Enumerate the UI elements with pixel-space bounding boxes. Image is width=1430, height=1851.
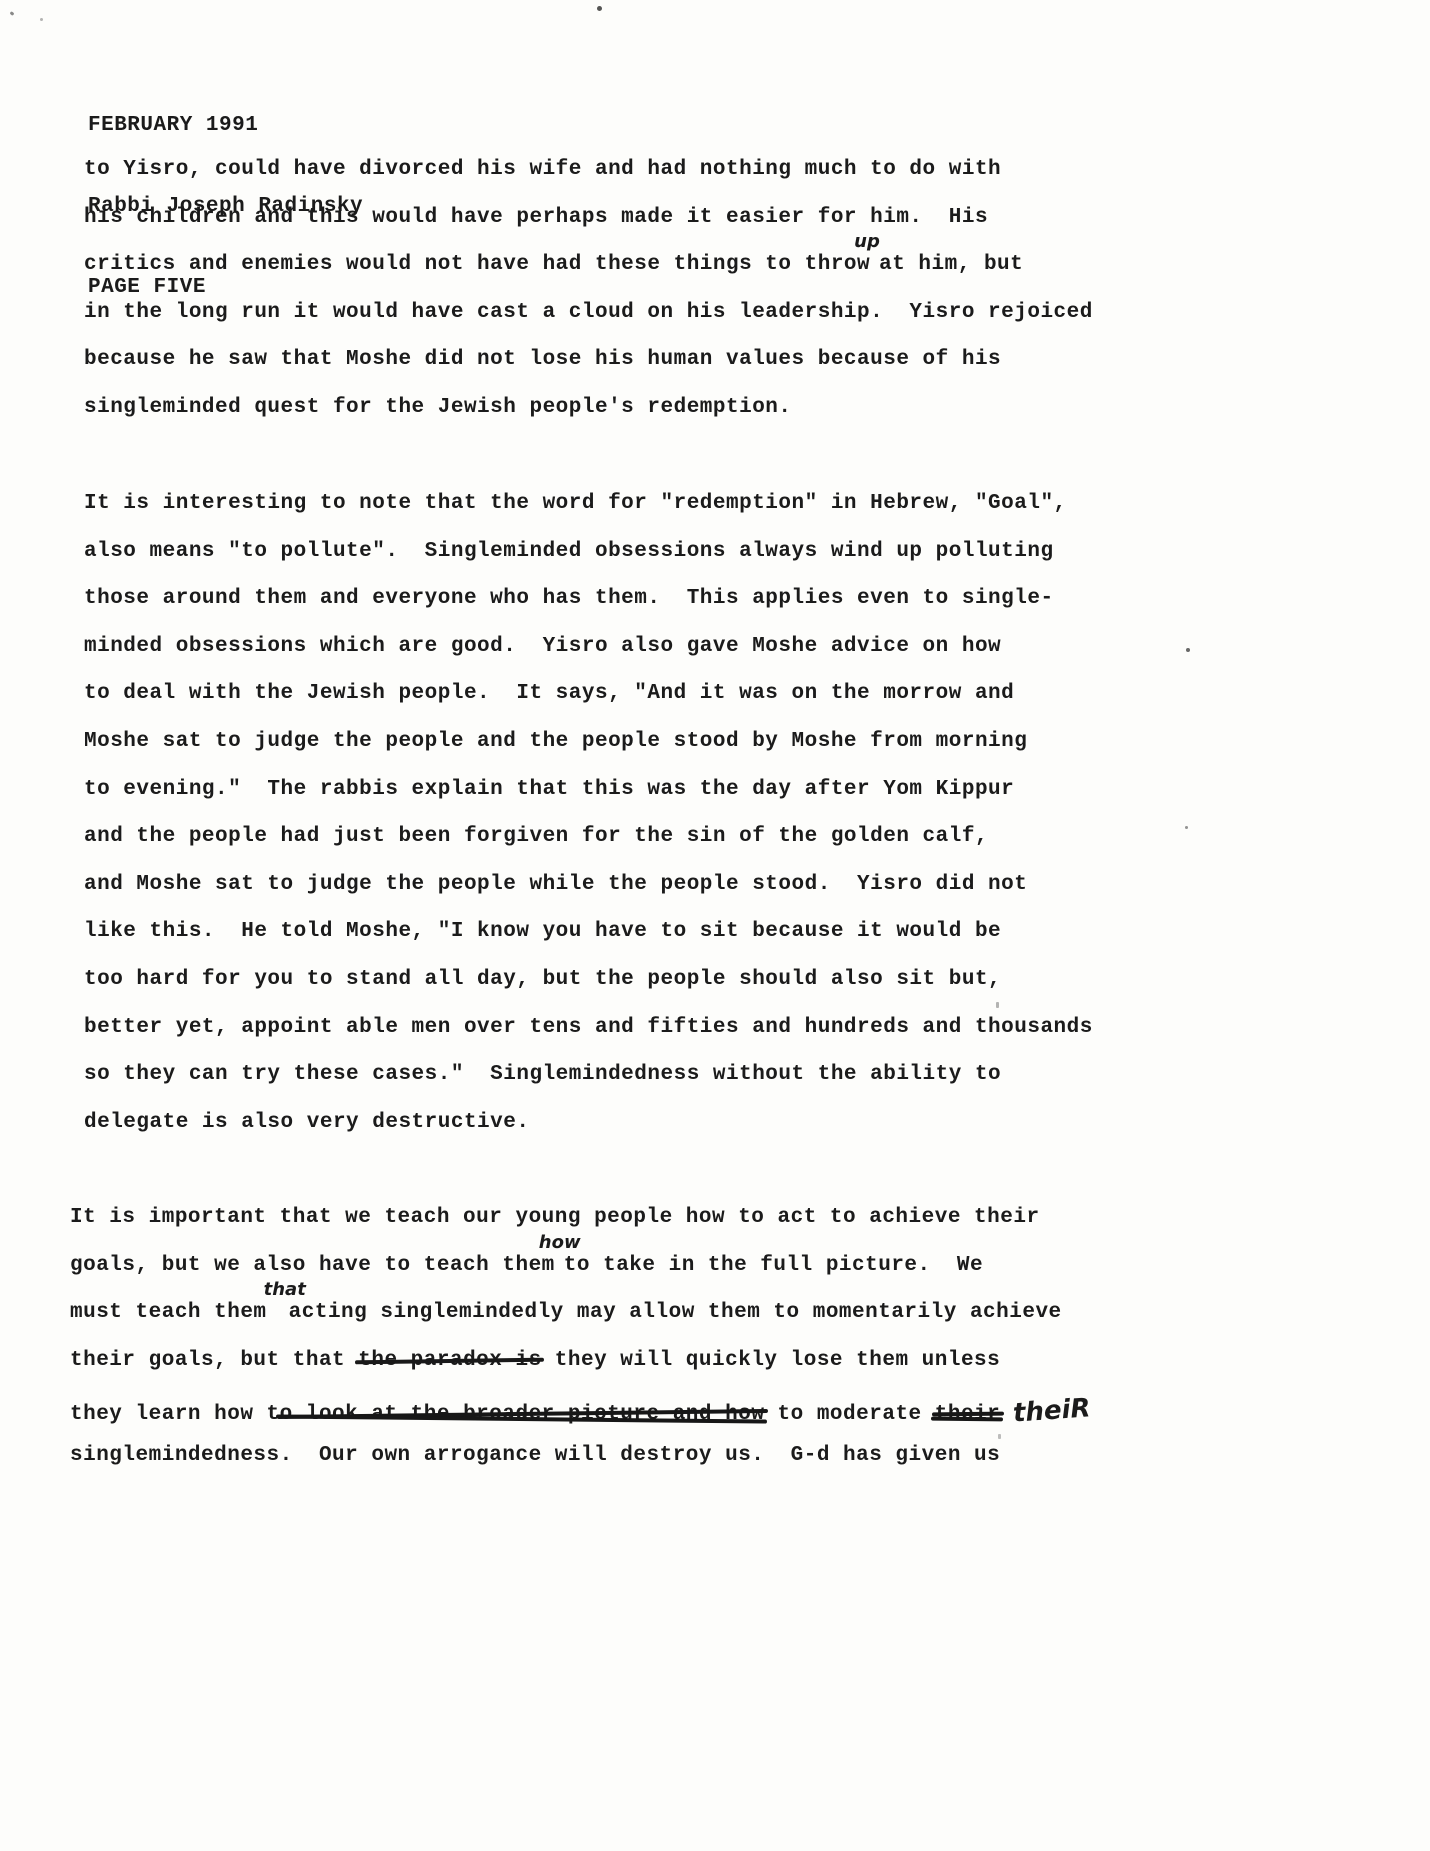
struck-text: the paradox is bbox=[358, 1349, 541, 1372]
text-line: his children and this would have perhaps… bbox=[84, 206, 1093, 254]
text-segment: because he saw that Moshe did not lose h… bbox=[84, 348, 1001, 371]
struck-text: their bbox=[935, 1403, 1001, 1426]
text-segment: delegate is also very destructive. bbox=[84, 1111, 529, 1134]
text-segment: better yet, appoint able men over tens a… bbox=[84, 1016, 1093, 1039]
text-line: so they can try these cases." Singlemind… bbox=[84, 1063, 1093, 1111]
text-line: better yet, appoint able men over tens a… bbox=[84, 1016, 1093, 1064]
header-date: FEBRUARY 1991 bbox=[88, 112, 363, 139]
scan-speck bbox=[998, 1434, 1001, 1439]
scan-speck bbox=[1186, 648, 1190, 652]
typewritten-document-page: FEBRUARY 1991 Rabbi Joseph Radinsky PAGE… bbox=[0, 0, 1430, 1851]
text-segment: in the long run it would have cast a clo… bbox=[84, 301, 1093, 324]
text-segment: singleminded quest for the Jewish people… bbox=[84, 396, 792, 419]
text-line: goals, but we also have to teach themhow… bbox=[70, 1254, 1091, 1302]
text-segment: must teach them bbox=[70, 1301, 280, 1324]
text-line: and the people had just been forgiven fo… bbox=[84, 825, 1093, 873]
handwritten-insertion-word: how bbox=[539, 1232, 581, 1253]
handwritten-text: theiR bbox=[1012, 1394, 1091, 1429]
text-segment: acting singlemindedly may allow them to … bbox=[289, 1301, 1062, 1324]
text-line: singlemindedness. Our own arrogance will… bbox=[70, 1444, 1091, 1492]
insertion-mark: how bbox=[555, 1259, 564, 1285]
paragraph-2: It is interesting to note that the word … bbox=[84, 492, 1093, 1158]
text-segment: singlemindedness. Our own arrogance will… bbox=[70, 1444, 1000, 1467]
text-segment: minded obsessions which are good. Yisro … bbox=[84, 635, 1001, 658]
handwritten-insertion-word: that bbox=[264, 1279, 306, 1300]
text-line: to evening." The rabbis explain that thi… bbox=[84, 778, 1093, 826]
text-line: too hard for you to stand all day, but t… bbox=[84, 968, 1093, 1016]
text-segment: those around them and everyone who has t… bbox=[84, 587, 1054, 610]
text-segment: and the people had just been forgiven fo… bbox=[84, 825, 988, 848]
text-line: their goals, but that the paradox is the… bbox=[70, 1349, 1091, 1397]
text-line: to deal with the Jewish people. It says,… bbox=[84, 682, 1093, 730]
text-segment: and Moshe sat to judge the people while … bbox=[84, 873, 1027, 896]
text-segment: like this. He told Moshe, "I know you ha… bbox=[84, 920, 1001, 943]
text-line: singleminded quest for the Jewish people… bbox=[84, 396, 1093, 444]
text-segment: also means "to pollute". Singleminded ob… bbox=[84, 540, 1054, 563]
text-line: like this. He told Moshe, "I know you ha… bbox=[84, 920, 1093, 968]
scan-speck bbox=[40, 18, 43, 21]
text-segment: Moshe sat to judge the people and the pe… bbox=[84, 730, 1027, 753]
text-segment: their goals, but that bbox=[70, 1349, 358, 1372]
text-segment: to evening." The rabbis explain that thi… bbox=[84, 778, 1014, 801]
text-segment: his children and this would have perhaps… bbox=[84, 206, 988, 229]
text-line: must teach them thatacting singlemindedl… bbox=[70, 1301, 1091, 1349]
text-line: delegate is also very destructive. bbox=[84, 1111, 1093, 1159]
scribbled-edit: their bbox=[935, 1403, 1001, 1426]
scan-speck bbox=[1185, 826, 1188, 829]
text-segment: to take in the full picture. We bbox=[564, 1254, 983, 1277]
text-segment bbox=[1000, 1403, 1013, 1426]
text-segment: so they can try these cases." Singlemind… bbox=[84, 1063, 1001, 1086]
text-line: those around them and everyone who has t… bbox=[84, 587, 1093, 635]
text-line: It is interesting to note that the word … bbox=[84, 492, 1093, 540]
text-segment: to moderate bbox=[764, 1403, 934, 1426]
text-segment: to deal with the Jewish people. It says,… bbox=[84, 682, 1014, 705]
insertion-mark: that bbox=[280, 1306, 289, 1332]
text-segment: at him, but bbox=[879, 253, 1023, 276]
scan-speck bbox=[597, 6, 602, 11]
text-segment: they will quickly lose them unless bbox=[542, 1349, 1001, 1372]
text-line: because he saw that Moshe did not lose h… bbox=[84, 348, 1093, 396]
text-line: they learn how to look at the broader pi… bbox=[70, 1396, 1091, 1444]
text-line: in the long run it would have cast a clo… bbox=[84, 301, 1093, 349]
text-line: to Yisro, could have divorced his wife a… bbox=[84, 158, 1093, 206]
text-line: and Moshe sat to judge the people while … bbox=[84, 873, 1093, 921]
text-line: minded obsessions which are good. Yisro … bbox=[84, 635, 1093, 683]
text-segment: It is interesting to note that the word … bbox=[84, 492, 1067, 515]
text-line: also means "to pollute". Singleminded ob… bbox=[84, 540, 1093, 588]
text-segment: critics and enemies would not have had t… bbox=[84, 253, 870, 276]
paragraph-3: It is important that we teach our young … bbox=[70, 1206, 1091, 1492]
text-segment: they learn how t bbox=[70, 1403, 280, 1426]
text-segment: to Yisro, could have divorced his wife a… bbox=[84, 158, 1001, 181]
text-line: Moshe sat to judge the people and the pe… bbox=[84, 730, 1093, 778]
insertion-mark: up bbox=[870, 258, 879, 284]
text-segment: goals, but we also have to teach them bbox=[70, 1254, 555, 1277]
handwritten-insertion-word: up bbox=[854, 231, 880, 252]
text-line: critics and enemies would not have had t… bbox=[84, 253, 1093, 301]
text-segment: too hard for you to stand all day, but t… bbox=[84, 968, 1001, 991]
scan-speck bbox=[10, 11, 15, 16]
scan-speck bbox=[996, 1002, 999, 1008]
struck-text: o look at the broader picture and how bbox=[280, 1403, 765, 1426]
paragraph-1: to Yisro, could have divorced his wife a… bbox=[84, 158, 1093, 444]
text-segment: It is important that we teach our young … bbox=[70, 1206, 1040, 1229]
